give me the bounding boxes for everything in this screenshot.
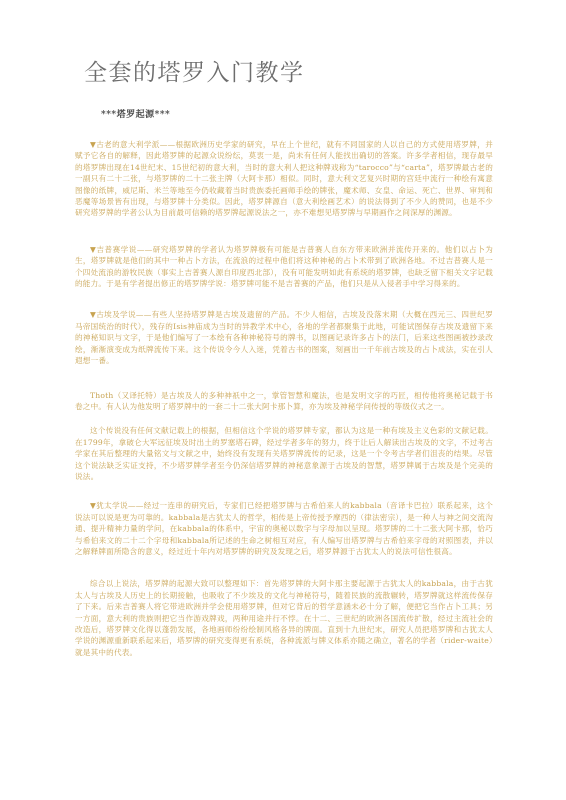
paragraph-egypt-theory: ▼古埃及学说——有些人坚持塔罗牌是古埃及遗留的产品。不少人相信，古埃及没落末期（… <box>75 309 493 366</box>
paragraph-conclusion: 综合以上说法，塔罗牌的起源大致可以整理如下：首先塔罗牌的大阿卡那主要起源于古犹太… <box>75 578 493 658</box>
paragraph-gypsy-theory: ▼吉普赛学说——研究塔罗牌的学者认为塔罗牌极有可能是吉普赛人自东方带来欧洲并流传… <box>75 244 493 290</box>
document-page: 全套的塔罗入门教学 ***塔罗起源*** ▼古老的意大利学派——根据欧洲历史学家… <box>0 0 566 800</box>
paragraph-rosetta-note: 这个传说没有任何文献记载上的根据，但相信这个学说的塔罗牌专家，都认为这是一种有埃… <box>75 425 493 482</box>
paragraph-jewish-theory: ▼犹太学说——经过一连串的研究后，专家们已经把塔罗牌与古希伯来人的kabbala… <box>75 500 493 557</box>
page-title: 全套的塔罗入门教学 <box>84 54 305 87</box>
section-heading-tarot-origin: ***塔罗起源*** <box>101 107 170 120</box>
paragraph-thoth-note: Thoth（又译托特）是古埃及人的多种神祇中之一，掌管智慧和魔法，也是发明文字的… <box>75 390 493 413</box>
document-body: ▼古老的意大利学派——根据欧洲历史学家的研究，早在上个世纪，就有不同国家的人以自… <box>75 139 493 658</box>
paragraph-italian-school: ▼古老的意大利学派——根据欧洲历史学家的研究，早在上个世纪，就有不同国家的人以自… <box>75 139 493 219</box>
